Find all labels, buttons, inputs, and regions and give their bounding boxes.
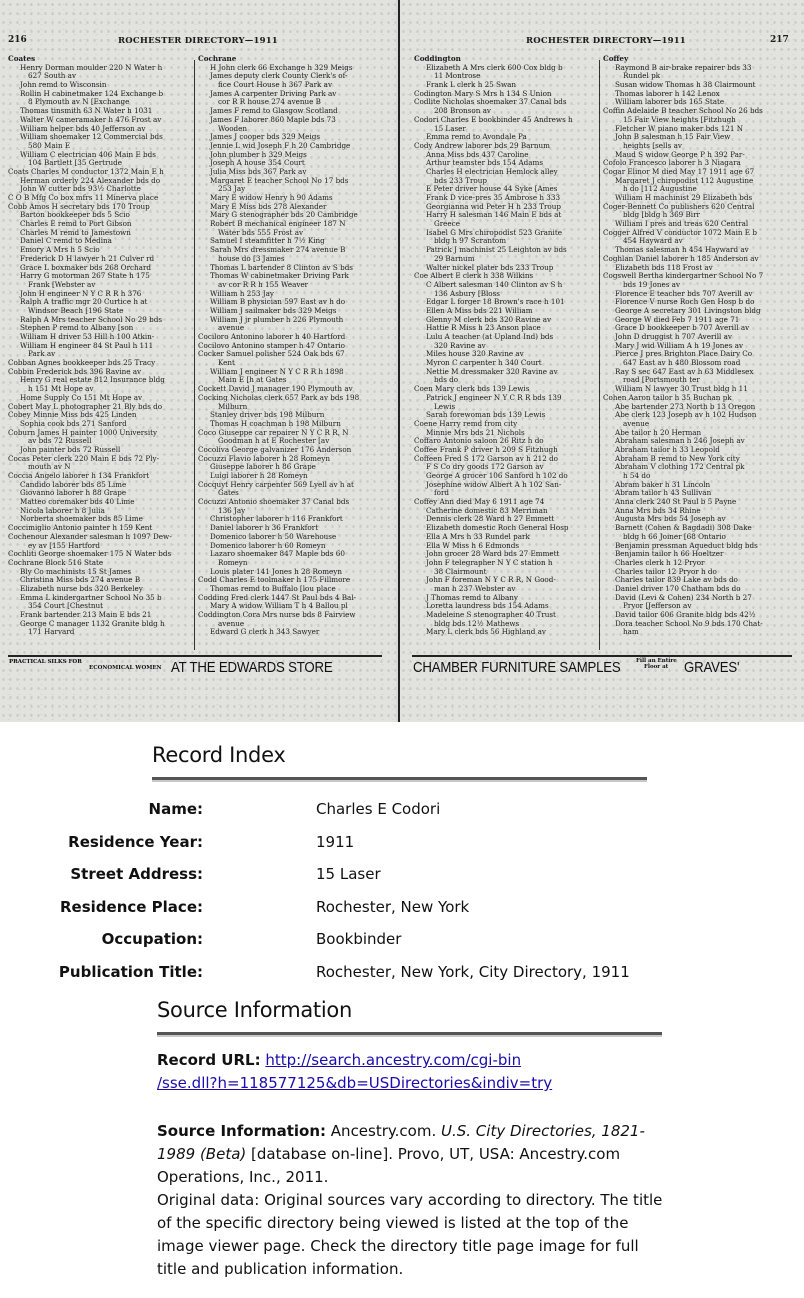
ad-small-text: ECONOMICAL WOMEN xyxy=(9,665,162,671)
section-rule xyxy=(152,777,647,782)
directory-entry: 171 Harvard xyxy=(8,628,192,637)
directory-page-217: ROCHESTER DIRECTORY—1911 217 CoddingtonE… xyxy=(398,0,804,722)
directory-column: CoddingtonElizabeth A Mrs clerk 600 Cox … xyxy=(414,55,598,637)
record-field-row: Residence Year:1911 xyxy=(0,833,700,857)
field-label: Street Address: xyxy=(70,865,203,883)
record-index-title: Record Index xyxy=(152,743,285,767)
edwards-store-ad: PRACTICAL SILKS FORECONOMICAL WOMEN AT T… xyxy=(9,657,354,676)
field-value: Rochester, New York xyxy=(316,898,469,916)
field-value: Rochester, New York, City Directory, 191… xyxy=(316,963,630,981)
source-label: Source Information: xyxy=(157,1122,326,1140)
field-label: Name: xyxy=(149,800,203,818)
running-head: ROCHESTER DIRECTORY—1911 xyxy=(118,36,278,46)
record-url-label: Record URL: xyxy=(157,1051,261,1069)
ad-small-text: Floor at xyxy=(636,664,668,670)
directory-scan-image: 216 ROCHESTER DIRECTORY—1911 CoatesHenry… xyxy=(0,0,804,722)
directory-entry: Edward G clerk h 343 Sawyer xyxy=(198,628,390,637)
record-field-row: Name:Charles E Codori xyxy=(0,800,700,824)
directory-entry: ham xyxy=(603,628,803,637)
record-url-text: http://search.ancestry.com/cgi-bin xyxy=(265,1051,521,1069)
record-url-block: Record URL: http://search.ancestry.com/c… xyxy=(157,1049,667,1095)
source-text: Ancestry.com. xyxy=(331,1122,436,1140)
page-number: 216 xyxy=(8,35,27,45)
ad-headline: AT THE EDWARDS STORE xyxy=(171,659,333,676)
field-label: Publication Title: xyxy=(59,963,203,981)
record-field-row: Residence Place:Rochester, New York xyxy=(0,898,700,922)
directory-column: CoatesHenry Dorman moulder 220 N Water h… xyxy=(8,55,192,637)
ad-headline: GRAVES' xyxy=(684,659,739,676)
source-information-title: Source Information xyxy=(157,998,352,1022)
original-data-text: Original data: Original sources vary acc… xyxy=(157,1189,667,1281)
directory-page-216: 216 ROCHESTER DIRECTORY—1911 CoatesHenry… xyxy=(0,0,396,722)
field-value: 1911 xyxy=(316,833,354,851)
record-field-row: Occupation:Bookbinder xyxy=(0,930,700,954)
section-rule xyxy=(157,1032,662,1037)
directory-column: CoffeyRaymond B air-brake repairer bds 3… xyxy=(603,55,803,637)
directory-entry: Mary L clerk bds 56 Highland av xyxy=(414,628,598,637)
column-divider xyxy=(194,60,195,650)
field-value: Charles E Codori xyxy=(316,800,440,818)
ad-headline: CHAMBER FURNITURE SAMPLES xyxy=(413,659,621,676)
field-label: Occupation: xyxy=(102,930,203,948)
record-field-row: Publication Title:Rochester, New York, C… xyxy=(0,963,700,987)
record-field-row: Street Address:15 Laser xyxy=(0,865,700,889)
column-divider xyxy=(599,60,600,650)
page-number: 217 xyxy=(770,35,789,45)
field-value: 15 Laser xyxy=(316,865,381,883)
field-value: Bookbinder xyxy=(316,930,401,948)
graves-furniture-ad: CHAMBER FURNITURE SAMPLES Fill an Entire… xyxy=(413,657,747,676)
field-label: Residence Year: xyxy=(68,833,203,851)
source-citation-block: Source Information: Ancestry.com. U.S. C… xyxy=(157,1120,667,1281)
field-label: Residence Place: xyxy=(60,898,203,916)
running-head: ROCHESTER DIRECTORY—1911 xyxy=(526,36,686,46)
record-url-text: /sse.dll?h=118577125&db=USDirectories&in… xyxy=(157,1074,552,1092)
directory-column: CochraneH John clerk 66 Exchange h 329 M… xyxy=(198,55,390,637)
record-panel: Record Index Name:Charles E CodoriReside… xyxy=(0,722,804,1298)
